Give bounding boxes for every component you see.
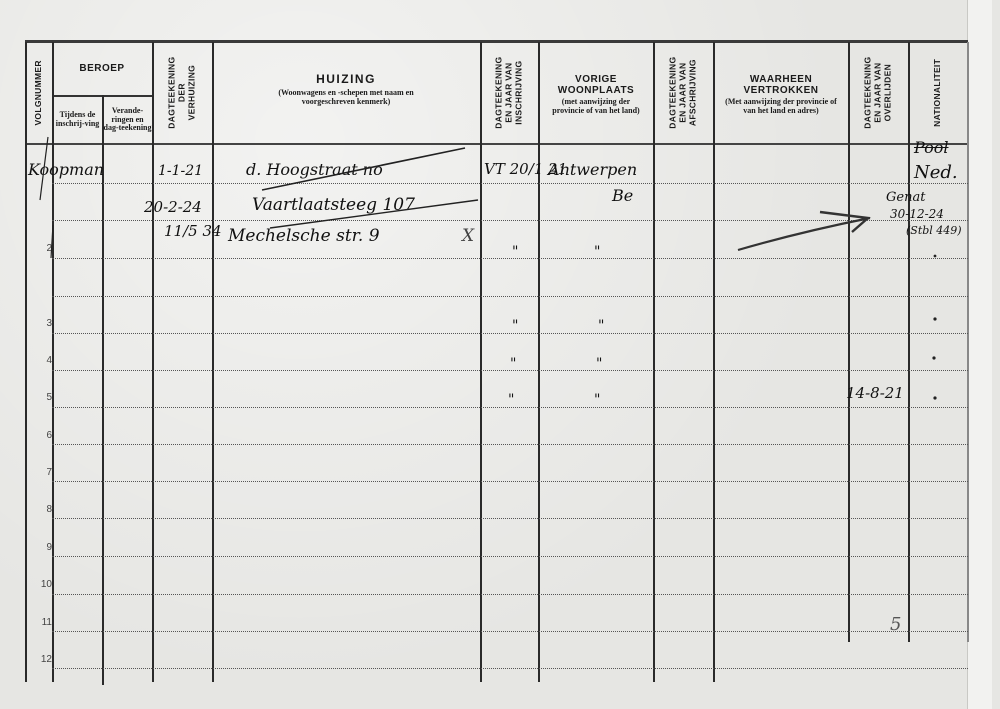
huizing-address-1: d. Hoogstraat no [246,160,383,179]
header-volgnummer: VOLGNUMMER [25,43,52,143]
row-number: 12 [32,654,52,665]
huizing-address-3: Mechelsche str. 9 [228,226,380,246]
ditto-dot [932,356,935,359]
row-number: 7 [32,467,52,478]
arrow-head-icon [820,212,868,232]
row-number: 4 [32,355,52,366]
overlijden-entry: 14-8-21 [846,384,904,402]
header-waarheen-vertrokken: WAARHEEN VERTROKKEN (Met aanwijzing der … [714,60,848,130]
huizing-mark: X [462,226,474,246]
arrow-icon [738,218,870,250]
row-line [52,183,968,184]
header-vorige-woonplaats: VORIGE WOONPLAATS (met aanwijzing der pr… [539,60,653,130]
inschrijving-ditto: " [512,318,518,334]
header-dagteekening-verhuizing: DAGTEEKENING DER VERHUIZING [152,43,212,143]
row-number: 10 [32,579,52,590]
vorige-ditto: " [598,318,604,334]
row-line [52,481,968,482]
row-line [52,296,968,297]
card-edge [967,0,992,709]
row-line [52,518,968,519]
page-mark: 5 [890,614,901,635]
header-dagteekening-inschrijving: DAGTEEKENING EN JAAR VAN INSCHRIJVING [480,43,538,143]
row-line [52,556,968,557]
vorige-ditto: " [596,356,602,372]
huizing-address-2: Vaartlaatsteeg 107 [252,195,415,215]
row-line [52,668,968,669]
header-beroep: BEROEP [52,43,152,95]
inschrijving-ditto: " [508,392,514,408]
register-card: VOLGNUMMER BEROEP Tijdens de inschrij-vi… [0,0,1000,709]
row-number: 8 [32,504,52,515]
vorige-woonplaats-entry: Antwerpen [548,160,637,179]
naturalisation-note-3: (Stbl 449) [906,224,962,237]
vorige-ditto: " [594,392,600,408]
ditto-dot [933,317,936,320]
row-line [52,333,968,334]
header-dagteekening-afschrijving: DAGTEEKENING EN JAAR VAN AFSCHRIJVING [653,43,713,143]
header-beroep-veranderingen: Verande-ringen en dag-teekening [103,97,152,143]
row-number: 3 [32,318,52,329]
vorige-land-entry: Be [612,186,633,205]
beroep-entry: Koopman [28,160,104,179]
inschrijving-ditto: " [512,244,518,260]
row-number: 6 [32,430,52,441]
header-huizing: HUIZING (Woonwagens en -schepen met naam… [214,60,478,120]
row-number: 5 [32,392,52,403]
row-line [52,594,968,595]
row-number: 9 [32,542,52,553]
verhuizing-date-2: 20-2-24 [144,198,202,216]
row-line [52,444,968,445]
nationaliteit-struck: Pool [914,138,949,157]
header-dagteekening-overlijden: DAGTEEKENING EN JAAR VAN OVERLIJDEN [848,43,908,143]
ditto-dot [934,255,937,258]
ditto-dot [933,396,936,399]
column-divider [538,42,540,682]
column-divider [713,42,715,682]
verhuizing-date-1: 1-1-21 [158,163,203,179]
header-beroep-inschrijving: Tijdens de inschrij-ving [53,97,102,143]
right-border [967,42,969,642]
row-number: 11 [32,617,52,628]
vorige-ditto: " [594,244,600,260]
row-number: 2 [32,243,52,254]
verhuizing-date-3: 11/5 34 [164,222,222,240]
row-line [52,220,968,221]
header-nationaliteit: NATIONALITEIT [908,43,967,143]
header-bottom-rule [25,143,968,145]
row-line [52,631,968,632]
naturalisation-note-1: Genat [886,190,925,205]
nationaliteit-entry: Ned. [914,162,958,183]
naturalisation-note-2: 30-12-24 [890,207,944,221]
column-divider [212,42,214,682]
inschrijving-ditto: " [510,356,516,372]
row-line [52,258,968,259]
